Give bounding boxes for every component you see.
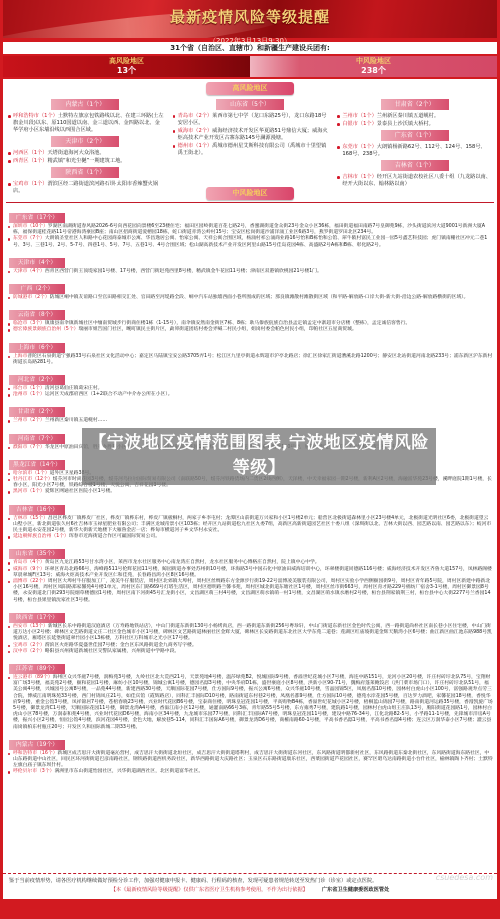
province-tag: 广东省（17个） bbox=[9, 213, 65, 223]
risk-area-entry: 汉中市（2个）略阳县兴州街道新城社区交警队家属楼，兴州街道中学路中段。 bbox=[7, 649, 493, 655]
footer: 鉴于当前疫情形势，请各医疗机构继续做好预检分诊工作，加强对健康申报卡、健康码、行… bbox=[3, 873, 497, 899]
area-count: （1个） bbox=[358, 174, 377, 180]
risk-area-entry: 河西区（1个）天塔街道海河大众浴池。 bbox=[7, 150, 164, 157]
area-count: （15个） bbox=[27, 516, 48, 521]
risk-area-entry: 威海市（9个）环翠区青岛北路66号，海峰路511号伦辉花园11号楼，鲸园街道办事… bbox=[7, 567, 493, 579]
area-detail: 镇康县南伞镇新城社区中缅南贸城步行街商住楼1栋（1-15号），南伞镇安然南金街区… bbox=[45, 321, 410, 326]
city-name: 天津市 bbox=[13, 269, 27, 274]
area-count: （13个） bbox=[27, 624, 48, 629]
area-count: （7个） bbox=[27, 236, 44, 241]
city-name: 德州市 bbox=[178, 143, 194, 149]
risk-area-entry: 防城港市（2个）防城区峒中镇友谊路口至官田路相交汇处、官田路至河堤路全段、峒中汽… bbox=[7, 295, 493, 301]
city-name: 青岛市 bbox=[178, 113, 194, 119]
risk-area-entry: 德宏傣族景颇族自治州（5个）瑞丽市姐告国门社区，畹町镇民主街片区，勐卯街道团结村… bbox=[7, 327, 493, 333]
area-count: （1个） bbox=[27, 489, 44, 494]
area-detail: 运河区天成郡府西区（1+2联合不动产中介办公所在小区）。 bbox=[45, 392, 173, 397]
risk-area-entry: 黑河市（1个）爱辉区网通社区医院小区1号楼。 bbox=[7, 489, 493, 495]
city-name: 淄博市 bbox=[13, 579, 27, 584]
area-detail: 昌邑区桦皮厂镇桦皮厂社区，桦皮厂镇桦东村，桦皮厂镇板桐村，两家子乡李屯村；龙潭区… bbox=[13, 516, 491, 533]
province-tag: 吉林省（1个） bbox=[381, 160, 449, 171]
footer-note: 鉴于当前疫情形势，请各医疗机构继续做好预检分诊工作，加强对健康申报卡、健康码、行… bbox=[3, 874, 497, 885]
footer-org: 广东省卫生健康委医政医管处 bbox=[322, 886, 389, 894]
province-tag: 黑龙江省（14个） bbox=[9, 460, 65, 470]
area-detail: 兰州新区秦川镇五道岘村…… bbox=[45, 418, 107, 423]
risk-area-entry: 吉林市（1个）经开区九站街道农校社区八委十组（九龙路以南、经开大街以东、翰林路以… bbox=[336, 174, 493, 188]
area-count: （4个） bbox=[27, 269, 44, 274]
city-name: 东莞市 bbox=[13, 236, 27, 241]
province-tag: 云南省（8个） bbox=[9, 310, 65, 320]
risk-summary: 高风险地区 13个 中风险地区 238个 bbox=[3, 56, 497, 77]
province-tag: 甘肃省（2个） bbox=[381, 99, 449, 110]
city-name: 威海市 bbox=[13, 567, 27, 572]
province-tag: 河南省（7个） bbox=[9, 434, 65, 444]
area-detail: 新城区长乐中路街道汉庭酒店（万寿路地铁站店），中山门街道东新街130号小杨烤肉店… bbox=[13, 624, 492, 641]
city-name: 兰州市 bbox=[13, 418, 27, 423]
city-name: 临沧市 bbox=[13, 321, 27, 326]
caption-overlay: 【宁波地区疫情范围图表,宁波地区疫情风险等级】 bbox=[82, 428, 436, 485]
province-tag: 内蒙古（19个） bbox=[9, 740, 65, 750]
area-count: （12个） bbox=[32, 477, 53, 482]
area-count: （2个） bbox=[27, 418, 44, 423]
province-tag: 内蒙古（1个） bbox=[51, 99, 119, 110]
mid-risk-label: 中风险地区 bbox=[250, 57, 497, 66]
city-name: 宝鸡市 bbox=[13, 643, 27, 648]
city-name: 西安市 bbox=[13, 624, 27, 629]
province-tag: 河北省（2个） bbox=[9, 375, 65, 385]
risk-area-entry: 兰州市（1个）兰州新区秦川镇五道岘村。 bbox=[336, 113, 493, 120]
province-tag: 广西（2个） bbox=[9, 284, 65, 294]
high-risk-column: 山东省（5个）青岛市（2个）莱西市第七中学（龙口东路25号），龙口东路18号安居… bbox=[172, 97, 329, 197]
high-risk-summary: 高风险地区 13个 bbox=[3, 56, 250, 77]
city-name: 牡丹江市 bbox=[13, 477, 32, 482]
city-name: 呼和浩特市 bbox=[13, 113, 39, 119]
province-tag: 天津市（4个） bbox=[9, 258, 65, 268]
watermark: csuedesa.com bbox=[436, 873, 493, 882]
high-risk-heading: 高风险地区 bbox=[206, 82, 294, 95]
area-detail: 满洲里市东山街道怡园社区，兴华街道湖西社区，北区街道富华社区。 bbox=[54, 769, 203, 774]
area-count: （2个） bbox=[27, 643, 44, 648]
area-count: （1个） bbox=[29, 181, 48, 187]
city-name: 青岛市 bbox=[13, 560, 27, 565]
area-count: （16个） bbox=[37, 751, 58, 756]
province-tag: 广东省（1个） bbox=[381, 130, 449, 141]
area-count: （1个） bbox=[29, 158, 48, 164]
area-detail: 清河县葛仙庄镇葛宋庄村。 bbox=[45, 386, 103, 391]
area-count: （1个） bbox=[358, 121, 377, 127]
footer-line: 【本《最新疫情风险等级提醒》仅供广东省医疗卫生机构参考使用，不作为出行依据】 广… bbox=[3, 886, 497, 894]
risk-area-entry: 德州市（1个）禹城市德州星艾斯科技有限公司（禹城市十里望镇禹王街北）。 bbox=[172, 143, 329, 157]
risk-area-entry: 淄博市（22个）周村区大埠村牛仔服加工厂，凌美牛仔服装店，周村区北郊镇大埠村，周… bbox=[7, 579, 493, 604]
risk-area-entry: 天津市（4个）西青区西营门街王顶堤家园1号楼、17号楼，西营门街赵苑西里8号楼，… bbox=[7, 269, 493, 275]
city-name: 连云港市 bbox=[13, 675, 32, 680]
city-name: 邢台市 bbox=[13, 386, 27, 391]
area-detail: 兰州新区秦川镇五道岘村。 bbox=[377, 113, 439, 119]
city-name: 哈尔滨市 bbox=[13, 471, 32, 476]
area-detail: 黄岛区九龙江路53号甘水湾小区，莱西市龙水社区服务中心南龙湾庄自然村，龙水社区服… bbox=[45, 560, 320, 565]
content-panel: 高风险地区 内蒙古（1个）呼和浩特市（1个）土默特左旗京包铁路线以北、在建三环路… bbox=[3, 79, 497, 899]
risk-area-entry: 东莞市（7个）大朗镇圣堂社区人和路中心花园商泰城市公寓、华昌逸居公寓、怡家公寓、… bbox=[7, 236, 493, 248]
area-detail: 罗湖区南湖街道春风路2026-6号向西花园向景楼6至23楼住宅；福田区园岭街道百… bbox=[13, 224, 485, 235]
city-name: 吉林市 bbox=[342, 174, 358, 180]
high-risk-grid: 内蒙古（1个）呼和浩特市（1个）土默特左旗京包铁路线以北、在建三环路(土左旗金川… bbox=[3, 97, 497, 197]
risk-area-entry: 吉林市（15个）昌邑区桦皮厂镇桦皮厂社区，桦皮厂镇桦东村，桦皮厂镇板桐村，两家子… bbox=[7, 516, 493, 535]
area-detail: 瑞丽市姐告国门社区，畹町镇民主街片区，勐卯街道团结村委会弄喊二村民小组，姐岗村委… bbox=[78, 327, 356, 332]
province-tag: 上海市（6个） bbox=[9, 343, 65, 353]
risk-area-entry: 深圳市（10个）罗湖区南湖街道春风路2026-6号向西花园向景楼6至23楼住宅；… bbox=[7, 224, 493, 236]
area-count: （3个） bbox=[27, 321, 44, 326]
high-risk-column: 内蒙古（1个）呼和浩特市（1个）土默特左旗京包铁路线以北、在建三环路(土左旗金川… bbox=[7, 97, 164, 197]
province-tag: 山东省（35个） bbox=[9, 549, 65, 559]
area-count: （2个） bbox=[193, 113, 212, 119]
mid-risk-list: 广东省（17个）深圳市（10个）罗湖区南湖街道春风路2026-6号向西花园向景楼… bbox=[3, 203, 497, 776]
risk-area-entry: 西安市（13个）新城区长乐中路街道汉庭酒店（万寿路地铁站店），中山门街道东新街1… bbox=[7, 624, 493, 643]
area-count: （1个） bbox=[29, 150, 48, 156]
area-count: （22个） bbox=[27, 579, 48, 584]
city-name: 呼和浩特市 bbox=[13, 751, 37, 756]
city-name: 汉中市 bbox=[13, 649, 27, 654]
city-name: 深圳市 bbox=[13, 224, 27, 229]
province-tag: 江苏省（89个） bbox=[9, 664, 65, 674]
area-detail: 渭滨区火炬路华夏盛世佳园7号楼；金台区东风路街道金九商务写字楼。 bbox=[45, 643, 197, 648]
risk-area-entry: 威海市（2个）威海经济技术开发区华夏路51号鼎信大厦；威海火炬高技术产业开发区古… bbox=[172, 128, 329, 142]
city-name: 上海市 bbox=[13, 354, 27, 359]
area-count: （89个） bbox=[32, 675, 53, 680]
risk-area-entry: 东莞市（1个）大朗镇杨新路62号、112号、124号、158号、168号、238… bbox=[336, 144, 493, 158]
risk-area-entry: 连云港市（89个）海州区众兴华庭7号楼，润梅苑3号楼，九岭社区北大荒西21号，天… bbox=[7, 675, 493, 731]
footer-disclaimer: 【本《最新疫情风险等级提醒》仅供广东省医疗卫生机构参考使用，不作为出行依据】 bbox=[111, 886, 308, 894]
area-count: （2个） bbox=[193, 128, 212, 134]
risk-area-entry: 呼和浩特市（16个）新城区成吉思汗大街街道毫沁营村，成吉思汗大街街道北垣社区，成… bbox=[7, 751, 493, 770]
page-title: 最新疫情风险等级提醒 bbox=[3, 6, 497, 27]
area-count: （5个） bbox=[61, 327, 78, 332]
risk-area-entry: 沧州市（1个）运河区天成郡府西区（1+2联合不动产中介办公所在小区）。 bbox=[7, 392, 493, 398]
area-count: （3个） bbox=[37, 769, 54, 774]
area-detail: 普陀区石泉街道宁强路33号石泉社区文化活动中心；嘉定区马陆镇宝安公路3705弄1… bbox=[13, 354, 492, 365]
area-count: （9个） bbox=[27, 567, 44, 572]
city-name: 威海市 bbox=[178, 128, 194, 134]
risk-area-entry: 呼和浩特市（1个）土默特左旗京包铁路线以北、在建三环路(土左旗金川段)以东、原1… bbox=[7, 113, 164, 134]
high-risk-label: 高风险地区 bbox=[3, 57, 250, 66]
city-name: 濮阳市 bbox=[13, 445, 27, 450]
risk-area-entry: 兰州市（2个）兰州新区秦川镇五道岘村…… bbox=[7, 418, 493, 424]
area-count: （1个） bbox=[358, 113, 377, 119]
province-tag: 山东省（5个） bbox=[216, 99, 284, 110]
update-time: （2022年3月13日9:30） bbox=[209, 37, 291, 45]
province-tag: 陕西省（17个） bbox=[9, 613, 65, 623]
province-tag: 陕西省（1个） bbox=[51, 167, 119, 178]
risk-area-entry: 宝鸡市（1个）渭滨区经二路街道滨河路石坝·太阳市香辣蟹火锅店。 bbox=[7, 181, 164, 195]
city-name: 吉林市 bbox=[13, 516, 27, 521]
area-detail: 天塔街道海河大众浴池。 bbox=[47, 150, 104, 156]
risk-area-entry: 青岛市（2个）莱西市第七中学（龙口东路25号），龙口东路18号安居小区。 bbox=[172, 113, 329, 127]
city-name: 德宏傣族景颇族自治州 bbox=[13, 327, 61, 332]
province-tag: 吉林省（16个） bbox=[9, 505, 65, 515]
area-detail: 景泰县上沙沃镇大桥村。 bbox=[377, 121, 434, 127]
area-detail: 略阳县兴州街道新城社区交警队家属楼，兴州街道中学路中段。 bbox=[45, 649, 179, 654]
risk-level-poster: 最新疫情风险等级提醒 （2022年3月13日9:30） 31个省（自治区、直辖市… bbox=[0, 0, 500, 919]
high-risk-column: 甘肃省（2个）兰州市（1个）兰州新区秦川镇五道岘村。白银市（1个）景泰县上沙沃镇… bbox=[336, 97, 493, 197]
area-count: （10个） bbox=[27, 224, 48, 229]
area-count: （1个） bbox=[51, 534, 68, 539]
area-count: （2个） bbox=[32, 295, 49, 300]
area-count: （2个） bbox=[27, 649, 44, 654]
area-detail: 周村区大埠村牛仔服加工厂，凌美牛仔服装店，周村区北郊镇大埠村，周村区丝绸路东方金… bbox=[13, 579, 491, 603]
date-bar: （2022年3月13日9:30） bbox=[3, 28, 497, 40]
province-tag: 天津市（2个） bbox=[51, 136, 119, 147]
area-detail: 环翠区青岛北路66号，海峰路511号伦辉花园11号楼，鲸园街道办事处苏州街10号… bbox=[13, 567, 492, 578]
city-name: 黑河市 bbox=[13, 489, 27, 494]
area-count: （4个） bbox=[27, 560, 44, 565]
city-name: 兰州市 bbox=[342, 113, 358, 119]
city-name: 延边朝鲜族自治州 bbox=[13, 534, 51, 539]
city-name: 西青区 bbox=[13, 158, 29, 164]
province-tag: 甘肃省（2个） bbox=[9, 407, 65, 417]
city-name: 防城港市 bbox=[13, 295, 32, 300]
risk-area-entry: 西青区（1个）精武镇“和光尘樾”一期建筑工地。 bbox=[7, 158, 164, 165]
risk-area-entry: 呼伦贝尔市（3个）满洲里市东山街道怡园社区，兴华街道湖西社区，北区街道富华社区。 bbox=[7, 769, 493, 775]
risk-area-entry: 白银市（1个）景泰县上沙沃镇大桥村。 bbox=[336, 121, 493, 128]
city-name: 呼伦贝尔市 bbox=[13, 769, 37, 774]
city-name: 白银市 bbox=[342, 121, 358, 127]
city-name: 沧州市 bbox=[13, 392, 27, 397]
risk-area-entry: 上海市普陀区石泉街道宁强路33号石泉社区文化活动中心；嘉定区马陆镇宝安公路370… bbox=[7, 354, 493, 366]
area-detail: 西青区西营门街王顶堤家园1号楼、17号楼，西营门街赵苑西里8号楼，精武镇金牛花园… bbox=[45, 269, 322, 274]
mid-risk-count: 238个 bbox=[250, 66, 497, 75]
area-detail: 精武镇“和光尘樾”一期建筑工地。 bbox=[47, 158, 125, 164]
area-count: （1个） bbox=[193, 143, 212, 149]
risk-area-entry: 延边朝鲜族自治州（1个）珲春市近海街道合作区可赢国际贸易公司。 bbox=[7, 534, 493, 540]
mid-risk-summary: 中风险地区 238个 bbox=[250, 56, 497, 77]
area-detail: 珲春市近海街道合作区可赢国际贸易公司。 bbox=[69, 534, 160, 539]
high-risk-count: 13个 bbox=[3, 66, 250, 75]
area-count: （1个） bbox=[27, 386, 44, 391]
area-count: （1个） bbox=[32, 471, 49, 476]
area-count: （1个） bbox=[39, 113, 58, 119]
city-name: 宝鸡市 bbox=[13, 181, 29, 187]
area-count: （7个） bbox=[27, 445, 44, 450]
city-name: 河西区 bbox=[13, 150, 29, 156]
area-count: （1个） bbox=[358, 144, 377, 150]
area-count: （1个） bbox=[27, 392, 44, 397]
area-detail: 防城区峒中镇友谊路口至官田路相交汇处、官田路至河堤路全段、峒中汽车站独墙西面小巷… bbox=[50, 295, 469, 300]
area-detail: 大朗镇圣堂社区人和路中心花园商泰城市公寓、华昌逸居公寓、怡家公寓、天祥公寓合围区… bbox=[13, 236, 487, 247]
city-name: 东莞市 bbox=[342, 144, 358, 150]
area-detail: 新城区成吉思汗大街街道毫沁营村，成吉思汗大街街道北垣社区，成吉思汗大街街道塔利村… bbox=[13, 751, 493, 768]
area-detail: 海州区众兴华庭7号楼，润梅苑3号楼，九岭社区北大荒西21号，天景苑地4号楼，温莎… bbox=[13, 675, 493, 730]
caption-text: 【宁波地区疫情范围图表,宁波地区疫情风险等级】 bbox=[82, 431, 436, 481]
area-detail: 爱辉区网通社区医院小区1号楼。 bbox=[45, 489, 115, 494]
